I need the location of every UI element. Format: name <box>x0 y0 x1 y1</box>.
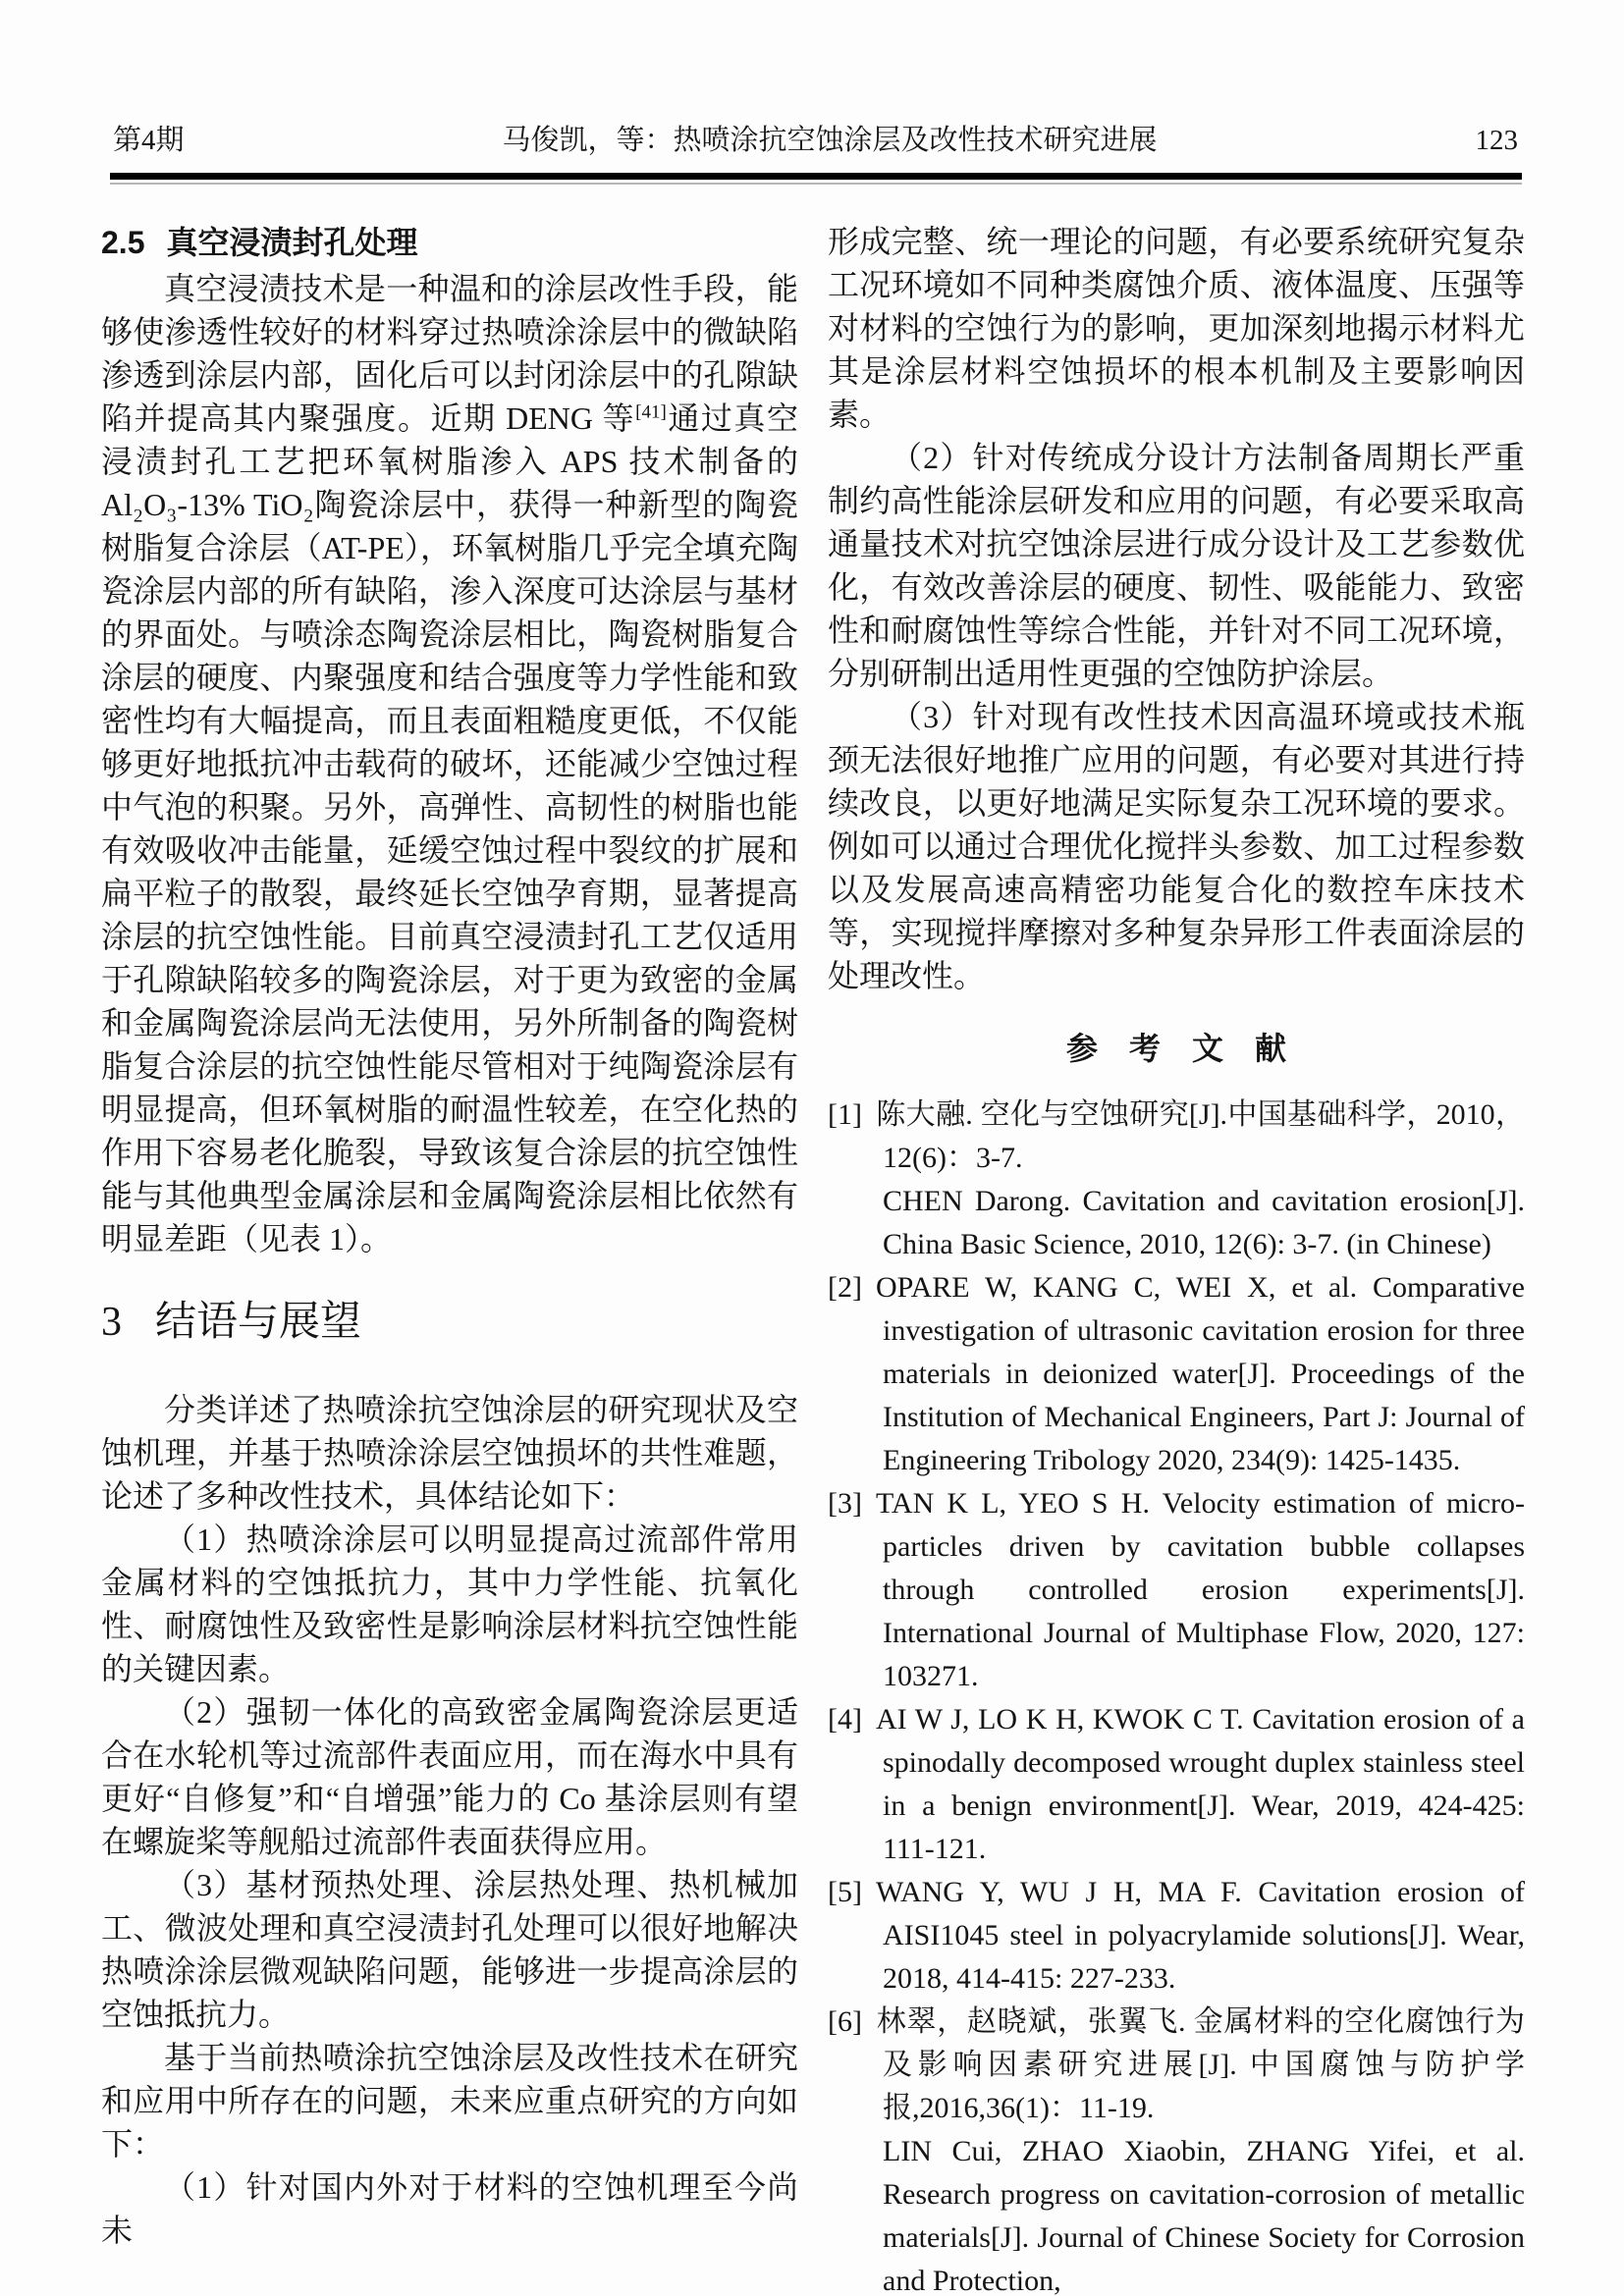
reference-label: [1] <box>828 1098 862 1131</box>
reference-label: [5] <box>828 1876 862 1908</box>
reference-text: [6]林翠，赵晓斌，张翼飞. 金属材料的空化腐蚀行为及影响因素研究进展[J]. … <box>828 2001 1525 2130</box>
section-2-5-title: 真空浸渍封孔处理 <box>166 220 417 265</box>
reference-item-3: [3]TAN K L, YEO S H. Velocity estimation… <box>828 1482 1525 1698</box>
conclusion-paragraph: 分类详述了热喷涂抗空蚀涂层的研究现状及空蚀机理，并基于热喷涂涂层空蚀损坏的共性难… <box>101 1388 798 1518</box>
reference-part: WANG Y, WU J H, MA F. Cavitation erosion… <box>876 1876 1525 1995</box>
outlook-item-1: （1）针对国内外对于材料的空蚀机理至今尚未 <box>101 2165 798 2252</box>
section-3-number: 3 <box>101 1296 122 1349</box>
section-3-heading: 3 结语与展望 <box>101 1296 798 1349</box>
reference-part: TAN K L, YEO S H. Velocity estimation of… <box>876 1487 1525 1692</box>
section-3-title: 结语与展望 <box>155 1296 361 1349</box>
reference-part: 陈大融. 空化与空蚀研究[J].中国基础科学，2010，12(6)：3-7. <box>876 1098 1525 1174</box>
outlook-paragraph: 基于当前热喷涂抗空蚀涂层及改性技术在研究和应用中所存在的问题，未来应重点研究的方… <box>101 2036 798 2165</box>
page-header: 第4期 马俊凯，等：热喷涂抗空蚀涂层及改性技术研究进展 123 <box>113 124 1518 157</box>
section-2-5-number: 2.5 <box>101 220 144 265</box>
outlook-item-3: （3）针对现有改性技术因高温环境或技术瓶颈无法很好地推广应用的问题，有必要对其进… <box>828 695 1525 997</box>
outlook-item-1-continuation: 形成完整、统一理论的问题，有必要系统研究复杂工况环境如不同种类腐蚀介质、液体温度… <box>828 220 1525 436</box>
paragraph-text: 通过真空浸渍封孔工艺把环氧树脂渗入 APS 技术制备的 Al₂O₃-13% Ti… <box>101 400 798 1256</box>
header-rule <box>110 173 1522 185</box>
reference-translation: CHEN Darong. Cavitation and cavitation e… <box>828 1180 1525 1266</box>
two-column-body: 2.5 真空浸渍封孔处理 真空浸渍技术是一种温和的涂层改性手段，能够使渗透性较好… <box>101 220 1525 2296</box>
reference-label: [3] <box>828 1487 862 1520</box>
left-column: 2.5 真空浸渍封孔处理 真空浸渍技术是一种温和的涂层改性手段，能够使渗透性较好… <box>101 220 798 2296</box>
reference-text: [1]陈大融. 空化与空蚀研究[J].中国基础科学，2010，12(6)：3-7… <box>828 1094 1525 1180</box>
reference-text: [5]WANG Y, WU J H, MA F. Cavitation eros… <box>828 1871 1525 2001</box>
reference-item-5: [5]WANG Y, WU J H, MA F. Cavitation eros… <box>828 1871 1525 2001</box>
reference-item-4: [4]AI W J, LO K H, KWOK C T. Cavitation … <box>828 1698 1525 1871</box>
reference-part: 林翠，赵晓斌，张翼飞. 金属材料的空化腐蚀行为及影响因素研究进展[J]. 中国腐… <box>876 2005 1525 2124</box>
section-2-5-paragraph: 真空浸渍技术是一种温和的涂层改性手段，能够使渗透性较好的材料穿过热喷涂涂层中的微… <box>101 267 798 1260</box>
header-rule-thin-line <box>110 183 1522 185</box>
reference-text: [4]AI W J, LO K H, KWOK C T. Cavitation … <box>828 1698 1525 1871</box>
page-number: 123 <box>1476 124 1519 157</box>
citation-marker-41: [41] <box>635 401 667 422</box>
reference-label: [4] <box>828 1703 862 1735</box>
conclusion-item-1: （1）热喷涂涂层可以明显提高过流部件常用金属材料的空蚀抵抗力，其中力学性能、抗氧… <box>101 1518 798 1690</box>
reference-item-1: [1]陈大融. 空化与空蚀研究[J].中国基础科学，2010，12(6)：3-7… <box>828 1094 1525 1266</box>
journal-issue: 第4期 <box>113 124 185 157</box>
conclusion-item-2: （2）强韧一体化的高致密金属陶瓷涂层更适合在水轮机等过流部件表面应用，而在海水中… <box>101 1690 798 1863</box>
section-2-5-heading: 2.5 真空浸渍封孔处理 <box>101 220 798 265</box>
reference-item-2: [2]OPARE W, KANG C, WEI X, et al. Compar… <box>828 1266 1525 1482</box>
reference-text: [2]OPARE W, KANG C, WEI X, et al. Compar… <box>828 1266 1525 1482</box>
header-rule-thick-line <box>110 173 1522 180</box>
reference-label: [2] <box>828 1271 862 1304</box>
reference-translation: LIN Cui, ZHAO Xiaobin, ZHANG Yifei, et a… <box>828 2130 1525 2296</box>
reference-item-6: [6]林翠，赵晓斌，张翼飞. 金属材料的空化腐蚀行为及影响因素研究进展[J]. … <box>828 2001 1525 2296</box>
running-title: 马俊凯，等：热喷涂抗空蚀涂层及改性技术研究进展 <box>185 124 1476 157</box>
conclusion-item-3: （3）基材预热处理、涂层热处理、热机械加工、微波处理和真空浸渍封孔处理可以很好地… <box>101 1863 798 2036</box>
reference-part: OPARE W, KANG C, WEI X, et al. Comparati… <box>876 1271 1525 1476</box>
paper-page: 第4期 马俊凯，等：热喷涂抗空蚀涂层及改性技术研究进展 123 2.5 真空浸渍… <box>0 0 1624 2296</box>
reference-part: AI W J, LO K H, KWOK C T. Cavitation ero… <box>876 1703 1525 1865</box>
reference-label: [6] <box>828 2005 862 2038</box>
outlook-item-2: （2）针对传统成分设计方法制备周期长严重制约高性能涂层研发和应用的问题，有必要采… <box>828 436 1525 695</box>
reference-text: [3]TAN K L, YEO S H. Velocity estimation… <box>828 1482 1525 1698</box>
right-column: 形成完整、统一理论的问题，有必要系统研究复杂工况环境如不同种类腐蚀介质、液体温度… <box>828 220 1525 2296</box>
references-heading: 参 考 文 献 <box>828 1027 1525 1070</box>
